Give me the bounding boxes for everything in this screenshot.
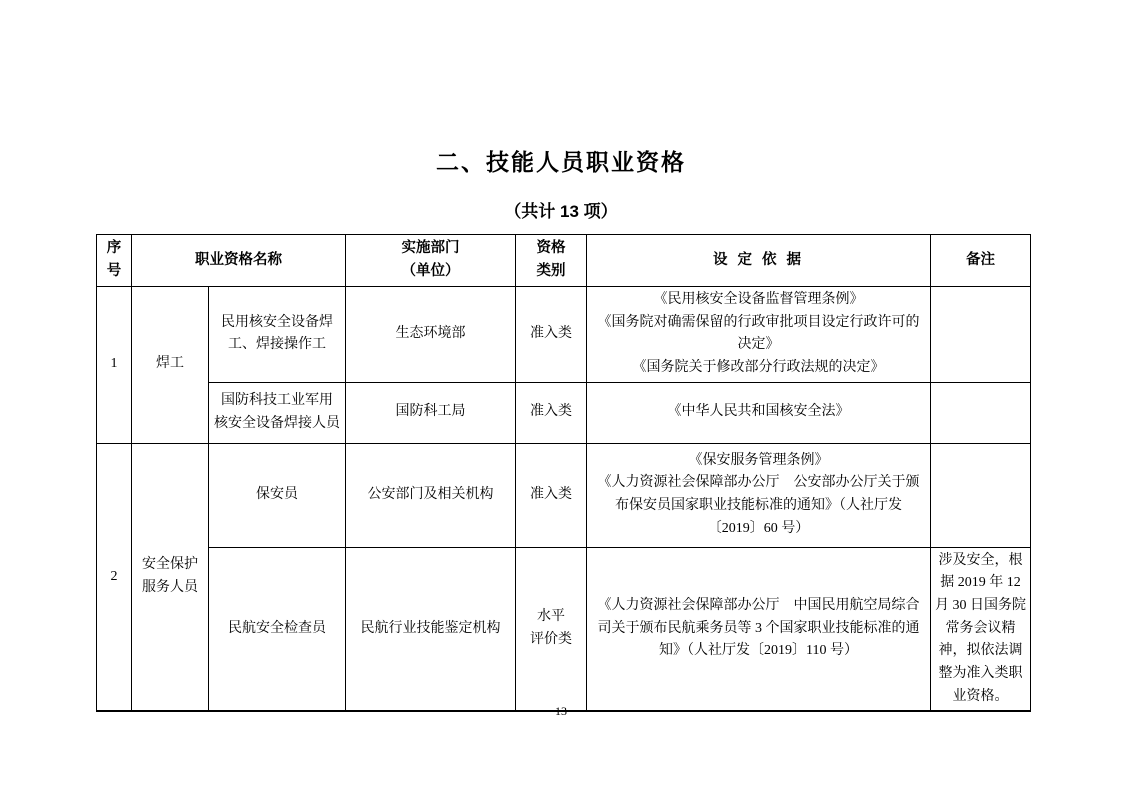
header-index: 序 号	[97, 235, 132, 287]
basis-cell: 《人力资源社会保障部办公厅 中国民用航空局综合司关于颁布民航乘务员等 3 个国家…	[587, 547, 931, 711]
header-department: 实施部门 （单位）	[346, 235, 516, 287]
remark-cell	[931, 443, 1031, 547]
row-index: 2	[97, 443, 132, 711]
table-row: 1 焊工 民用核安全设备焊 工、焊接操作工 生态环境部 准入类 《民用核安全设备…	[97, 286, 1031, 382]
department-cell: 公安部门及相关机构	[346, 443, 516, 547]
page-subtitle: （共计 13 项）	[0, 197, 1122, 222]
department-cell: 民航行业技能鉴定机构	[346, 547, 516, 711]
category-cell: 准入类	[516, 382, 587, 443]
basis-cell: 《中华人民共和国核安全法》	[587, 382, 931, 443]
basis-cell: 《保安服务管理条例》 《人力资源社会保障部办公厅 公安部办公厅关于颁布保安员国家…	[587, 443, 931, 547]
basis-cell: 《民用核安全设备监督管理条例》 《国务院对确需保留的行政审批项目设定行政许可的决…	[587, 286, 931, 382]
table-row: 2 安全保护 服务人员 保安员 公安部门及相关机构 准入类 《保安服务管理条例》…	[97, 443, 1031, 547]
category-cell: 水平 评价类	[516, 547, 587, 711]
header-category: 资格 类别	[516, 235, 587, 287]
name-cell: 国防科技工业军用 核安全设备焊接人员	[209, 382, 346, 443]
name-cell: 民用核安全设备焊 工、焊接操作工	[209, 286, 346, 382]
group-name-cell: 焊工	[132, 286, 209, 443]
category-cell: 准入类	[516, 443, 587, 547]
header-remark: 备注	[931, 235, 1031, 287]
remark-cell	[931, 382, 1031, 443]
page-number: 13	[0, 704, 1122, 719]
table-row: 民航安全检查员 民航行业技能鉴定机构 水平 评价类 《人力资源社会保障部办公厅 …	[97, 547, 1031, 711]
remark-cell	[931, 286, 1031, 382]
table-header-row: 序 号 职业资格名称 实施部门 （单位） 资格 类别 设 定 依 据 备注	[97, 235, 1031, 287]
group-name-cell: 安全保护 服务人员	[132, 443, 209, 711]
department-cell: 生态环境部	[346, 286, 516, 382]
document-page: 二、技能人员职业资格 （共计 13 项） 序 号 职业资格名称 实施部门 （单位…	[0, 0, 1122, 793]
category-cell: 准入类	[516, 286, 587, 382]
qualifications-table: 序 号 职业资格名称 实施部门 （单位） 资格 类别 设 定 依 据 备注 1 …	[96, 234, 1031, 712]
name-cell: 民航安全检查员	[209, 547, 346, 711]
name-cell: 保安员	[209, 443, 346, 547]
header-basis: 设 定 依 据	[587, 235, 931, 287]
remark-cell: 涉及安全，根据 2019 年 12 月 30 日国务院常务会议精神，拟依法调整为…	[931, 547, 1031, 711]
page-title: 二、技能人员职业资格	[0, 144, 1122, 177]
header-name: 职业资格名称	[132, 235, 346, 287]
department-cell: 国防科工局	[346, 382, 516, 443]
row-index: 1	[97, 286, 132, 443]
table-row: 国防科技工业军用 核安全设备焊接人员 国防科工局 准入类 《中华人民共和国核安全…	[97, 382, 1031, 443]
